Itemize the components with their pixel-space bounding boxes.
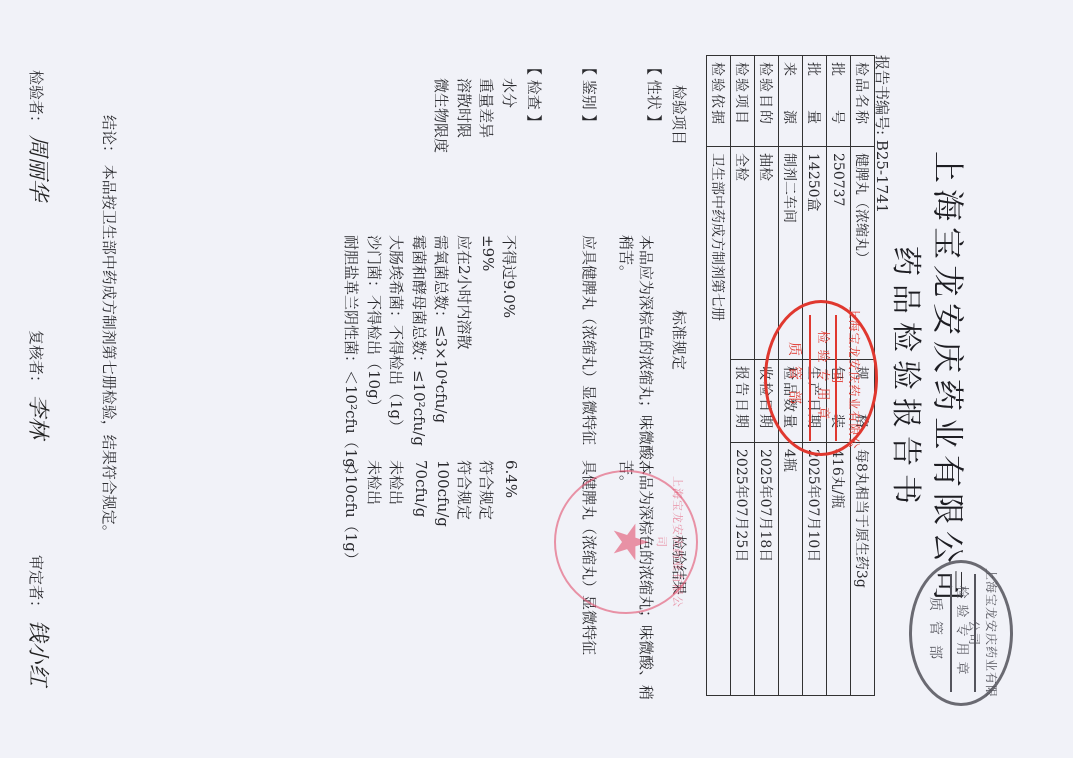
inspection-item-name: 水分 [499, 78, 520, 108]
info-label: 检验项目 [731, 56, 755, 147]
reviewer-signature: 复核者： 李林 [24, 330, 55, 439]
inspection-item-name: 微生物限度 [432, 78, 453, 153]
conclusion-text: 本品按卫生部中药成方制剂第七册检验，结果符合规定。 [100, 165, 118, 540]
appearance-standard-line2: 稍苦。 [616, 235, 637, 280]
sample-info-table: 检品名称健脾丸（浓缩丸）规 格每8丸相当于原生药3g批 号250737包 装41… [706, 55, 875, 696]
inspection-item-standard: 大肠埃希菌：不得检出（1g） [387, 235, 408, 434]
info-label-2: 报告日期 [731, 360, 755, 443]
inspection-item-standard: 耐胆盐革兰阴性菌：＜10²cfu（1g） [342, 235, 363, 483]
info-label-2: 包 装 [827, 360, 851, 443]
appearance-standard-line1: 本品应为深棕色的浓缩丸；味微酸、 [636, 235, 657, 475]
inspection-item-standard: 沙门菌：不得检出（10g） [364, 235, 385, 414]
inspector-signature: 检验者： 周丽华 [24, 70, 55, 201]
report-number: 报告书编号: B25-1741 [872, 55, 893, 213]
report-title: 药品检验报告书 [887, 0, 931, 758]
company-name: 上海宝龙安庆药业有限公司 [927, 0, 973, 758]
info-row: 批 量14250盒生产日期2025年07月10日 [803, 56, 827, 696]
inspection-item-result: 符合规定 [477, 460, 498, 520]
approver-signature: 审定者： 钱小红 [24, 555, 55, 686]
inspection-item-result: 70cfu/g [412, 460, 430, 517]
info-value: 全检 [731, 147, 755, 360]
inspection-item-standard: 应在2小时内溶散 [454, 235, 475, 350]
info-value-2: 每8丸相当于原生药3g [851, 443, 875, 696]
inspector-signature-mark: 周丽华 [25, 135, 50, 201]
appearance-result-line1: 本品为深棕色的浓缩丸；味微酸、稍 [636, 460, 657, 700]
info-value-2: 4瓶 [779, 443, 803, 696]
col-header-result: 检验结果 [669, 535, 690, 595]
inspection-item-standard: 需氧菌总数：≤3×10⁴cfu/g [432, 235, 453, 423]
report-sheet: 上海宝龙安庆药业有限公司 药品检验报告书 报告书编号: B25-1741 检品名… [0, 0, 1073, 758]
info-row: 检品名称健脾丸（浓缩丸）规 格每8丸相当于原生药3g [851, 56, 875, 696]
section-appearance-heading: 【 性状 】 [644, 60, 665, 130]
inspector-label: 检验者： [27, 70, 45, 130]
inspection-item-result: 未检出 [364, 460, 385, 505]
reviewer-label: 复核者： [27, 330, 45, 390]
info-row: 来 源制剂二车间检品数量4瓶 [779, 56, 803, 696]
info-row: 批 号250737包 装416丸/瓶 [827, 56, 851, 696]
info-label: 检验依据 [707, 56, 731, 147]
inspection-item-result: 符合规定 [454, 460, 475, 520]
reviewer-signature-mark: 李林 [25, 395, 50, 439]
info-value: 14250盒 [803, 147, 827, 360]
inspection-item-standard: ±9% [480, 235, 498, 271]
approver-signature-mark: 钱小红 [25, 620, 50, 686]
info-label: 来 源 [779, 56, 803, 147]
conclusion: 结论： 本品按卫生部中药成方制剂第七册检验，结果符合规定。 [99, 115, 120, 540]
info-label-2: 生产日期 [803, 360, 827, 443]
info-row: 检验项目全检报告日期2025年07月25日 [731, 56, 755, 696]
section-inspection-heading: 【 检查 】 [524, 60, 545, 130]
info-label: 检品名称 [851, 56, 875, 147]
section-identification-heading: 【 鉴别 】 [579, 60, 600, 130]
info-value: 卫生部中药成方制剂第七册 [707, 147, 731, 696]
info-value-2: 416丸/瓶 [827, 443, 851, 696]
info-label-2: 规 格 [851, 360, 875, 443]
appearance-result-line2: 苦。 [616, 460, 637, 490]
info-label-2: 检品数量 [779, 360, 803, 443]
info-row: 检验依据卫生部中药成方制剂第七册 [707, 56, 731, 696]
conclusion-label: 结论： [100, 115, 118, 160]
info-label: 批 量 [803, 56, 827, 147]
inspection-item-result: ＜10cfu（1g） [342, 460, 363, 567]
info-value-2: 2025年07月18日 [755, 443, 779, 696]
info-value: 250737 [827, 147, 851, 360]
report-number-value: B25-1741 [873, 140, 891, 213]
inspection-item-name: 溶散时限 [454, 78, 475, 138]
col-header-standard: 标准规定 [669, 310, 690, 370]
info-label: 检验目的 [755, 56, 779, 147]
col-header-item: 检验项目 [669, 85, 690, 145]
identification-standard: 应具健脾丸（浓缩丸）显微特征 [579, 235, 600, 445]
info-value-2: 2025年07月10日 [803, 443, 827, 696]
identification-result: 具健脾丸（浓缩丸）显微特征 [579, 460, 600, 655]
info-label: 批 号 [827, 56, 851, 147]
inspection-item-standard: 不得过9.0% [499, 235, 520, 318]
report-number-label: 报告书编号: [873, 55, 891, 135]
inspection-item-name: 重量差异 [477, 78, 498, 138]
info-value: 制剂二车间 [779, 147, 803, 360]
info-row: 检验目的抽检收检日期2025年07月18日 [755, 56, 779, 696]
inspection-item-standard: 霉菌和酵母菌总数：≤10²cfu/g [409, 235, 430, 446]
info-value: 健脾丸（浓缩丸） [851, 147, 875, 360]
info-label-2: 收检日期 [755, 360, 779, 443]
info-value: 抽检 [755, 147, 779, 360]
info-value-2: 2025年07月25日 [731, 443, 755, 696]
inspection-item-result: 6.4% [502, 460, 520, 498]
inspection-item-result: 100cfu/g [435, 460, 453, 527]
inspection-item-result: 未检出 [387, 460, 408, 505]
approver-label: 审定者： [27, 555, 45, 615]
